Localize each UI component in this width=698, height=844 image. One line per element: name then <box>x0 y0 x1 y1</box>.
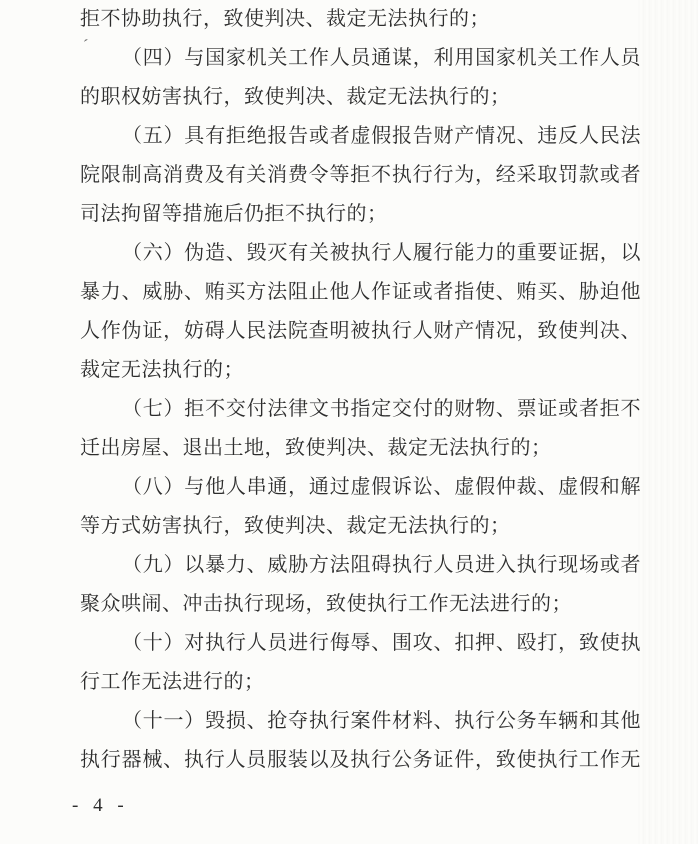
text-line: 行工作无法进行的； <box>80 663 641 702</box>
text-line: （十）对执行人员进行侮辱、围攻、扣押、殴打，致使执 <box>80 624 641 663</box>
text-line: 司法拘留等措施后仍拒不执行的； <box>80 195 641 234</box>
text-line: 暴力、威胁、贿买方法阻止他人作证或者指使、贿买、胁迫他 <box>80 273 641 312</box>
document-body: 拒不协助执行，致使判决、裁定无法执行的；（四）与国家机关工作人员通谋，利用国家机… <box>80 0 641 780</box>
text-line: （七）拒不交付法律文书指定交付的财物、票证或者拒不 <box>80 390 641 429</box>
text-line: （八）与他人串通，通过虚假诉讼、虚假仲裁、虚假和解 <box>80 468 641 507</box>
text-line: 迁出房屋、退出土地，致使判决、裁定无法执行的； <box>80 429 641 468</box>
text-line: 等方式妨害执行，致使判决、裁定无法执行的； <box>80 507 641 546</box>
document-page: ´ 拒不协助执行，致使判决、裁定无法执行的；（四）与国家机关工作人员通谋，利用国… <box>0 0 698 844</box>
page-number: - 4 - <box>72 793 129 819</box>
text-line: 人作伪证，妨碍人民法院查明被执行人财产情况，致使判决、 <box>80 312 641 351</box>
text-line: 裁定无法执行的； <box>80 351 641 390</box>
text-line: 的职权妨害执行，致使判决、裁定无法执行的； <box>80 78 641 117</box>
text-line: 院限制高消费及有关消费令等拒不执行行为，经采取罚款或者 <box>80 156 641 195</box>
document-lines: 拒不协助执行，致使判决、裁定无法执行的；（四）与国家机关工作人员通谋，利用国家机… <box>80 0 641 780</box>
text-line: （九）以暴力、威胁方法阻碍执行人员进入执行现场或者 <box>80 546 641 585</box>
text-line: （五）具有拒绝报告或者虚假报告财产情况、违反人民法 <box>80 117 641 156</box>
text-line: （四）与国家机关工作人员通谋，利用国家机关工作人员 <box>80 39 641 78</box>
text-line: 拒不协助执行，致使判决、裁定无法执行的； <box>80 0 641 39</box>
text-line: 聚众哄闹、冲击执行现场，致使执行工作无法进行的； <box>80 585 641 624</box>
text-line: 执行器械、执行人员服装以及执行公务证件，致使执行工作无 <box>80 741 641 780</box>
text-line: （十一）毁损、抢夺执行案件材料、执行公务车辆和其他 <box>80 702 641 741</box>
text-line: （六）伪造、毁灭有关被执行人履行能力的重要证据，以 <box>80 234 641 273</box>
